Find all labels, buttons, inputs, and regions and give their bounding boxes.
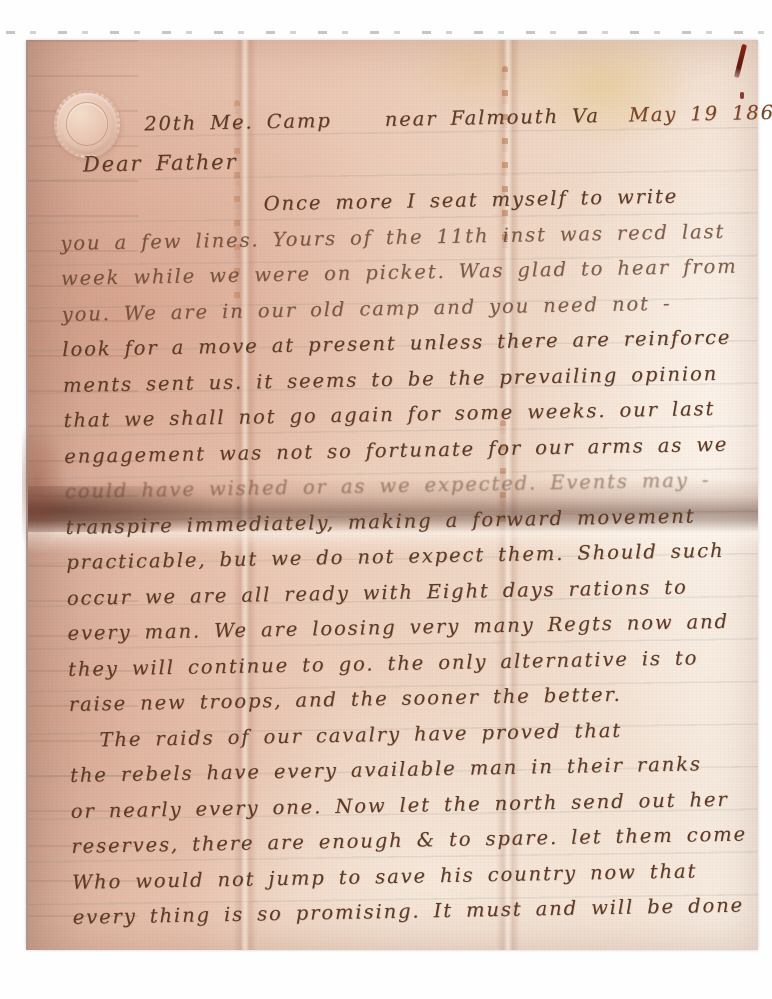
corner-ink-dot: [740, 92, 744, 99]
letter-paper: 20th Me. Camp near Falmouth Va May 19 18…: [26, 40, 758, 950]
scan-artifact-dashes: [6, 31, 766, 34]
corner-tear-mark: [734, 44, 747, 78]
scanned-letter-page: 20th Me. Camp near Falmouth Va May 19 18…: [0, 0, 772, 999]
heading-date: May 19 1863: [629, 101, 772, 127]
handwritten-text-block: 20th Me. Camp near Falmouth Va May 19 18…: [58, 101, 772, 941]
heading-place: near Falmouth Va: [385, 104, 600, 131]
heading-unit: 20th Me. Camp: [144, 109, 332, 135]
